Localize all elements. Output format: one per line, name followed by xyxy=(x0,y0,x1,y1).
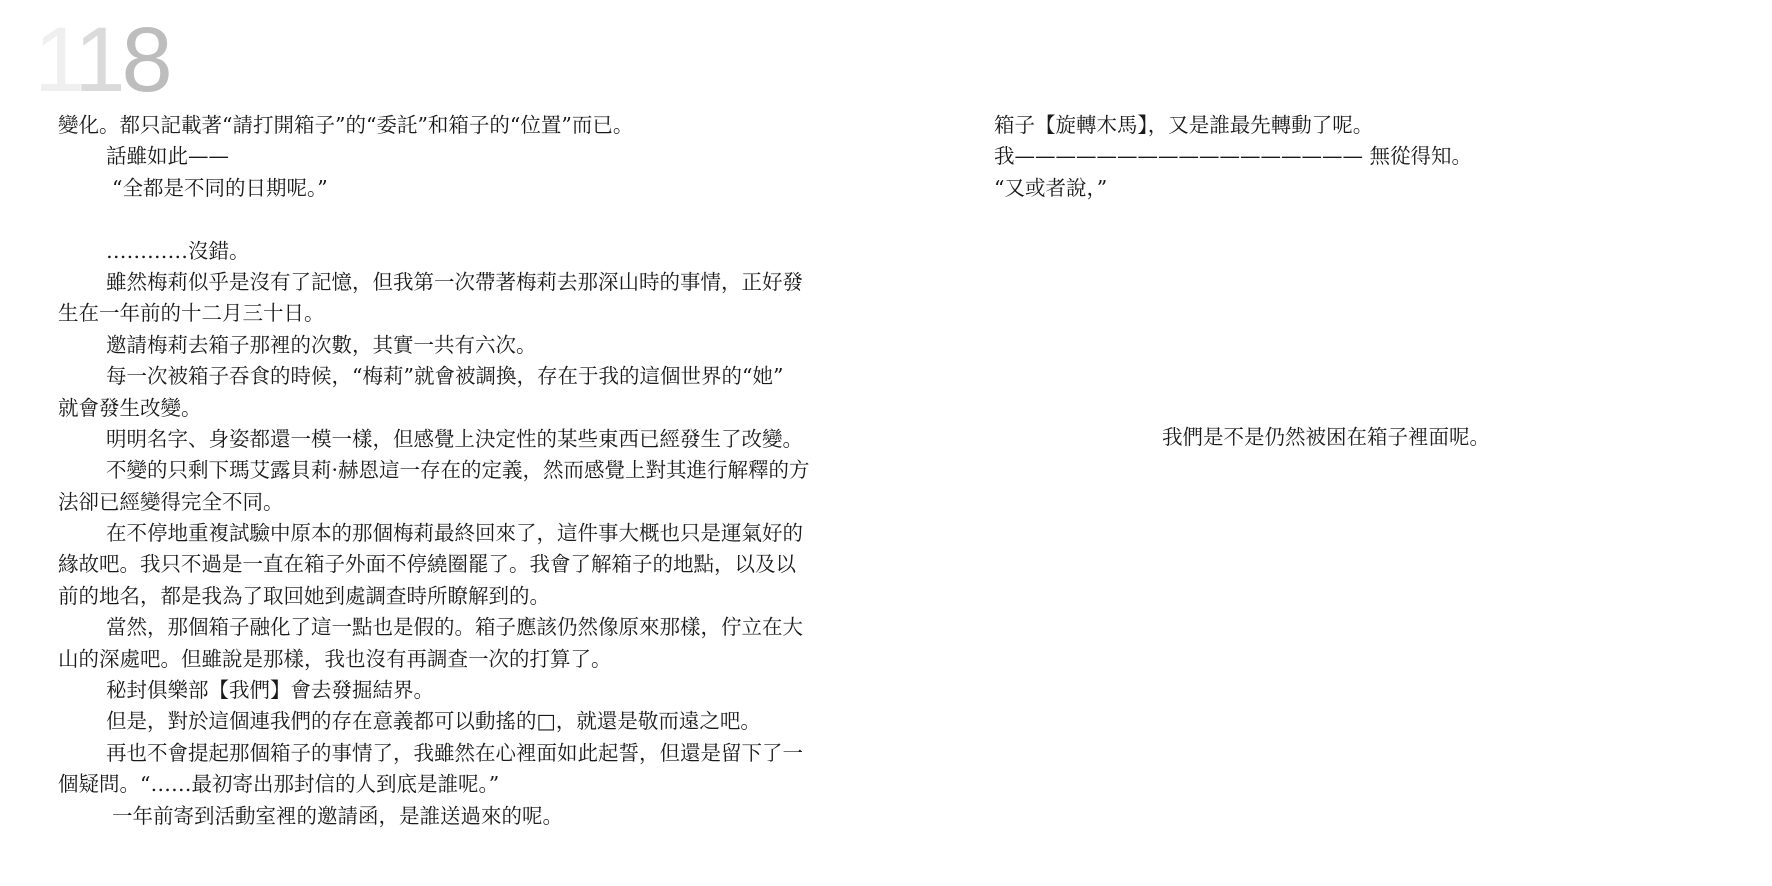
text-line: 不變的只剩下瑪艾露貝莉·赫恩這一存在的定義，然而感覺上對其進行解釋的方 xyxy=(58,455,838,486)
text-line: 再也不會提起那個箱子的事情了，我雖然在心裡面如此起誓，但還是留下了一 xyxy=(58,738,838,769)
text-line: 在不停地重複試驗中原本的那個梅莉最終回來了，這件事大概也只是運氣好的 xyxy=(58,518,838,549)
text-line: 邀請梅莉去箱子那裡的次數，其實一共有六次。 xyxy=(58,330,838,361)
page-number-digit: 1 xyxy=(34,9,74,111)
text-line: 就會發生改變。 xyxy=(58,393,838,424)
page-number-digit: 8 xyxy=(122,9,169,111)
text-line: 當然，那個箱子融化了這一點也是假的。箱子應該仍然像原來那樣，佇立在大 xyxy=(58,612,838,643)
text-line: 雖然梅莉似乎是沒有了記憶，但我第一次帶著梅莉去那深山時的事情，正好發 xyxy=(58,267,838,298)
text-line: 前的地名，都是我為了取回她到處調查時所瞭解到的。 xyxy=(58,581,838,612)
text-line: “又或者說，” xyxy=(994,173,1694,204)
text-line: 箱子【旋轉木馬】，又是誰最先轉動了呢。 xyxy=(994,110,1694,141)
page-number-digit: 1 xyxy=(74,9,121,111)
page-number: 118 xyxy=(34,14,169,106)
text-line: 法卻已經變得完全不同。 xyxy=(58,487,838,518)
text-line: 明明名字、身姿都還一模一樣，但感覺上決定性的某些東西已經發生了改變。 xyxy=(58,424,838,455)
text-line: 秘封俱樂部【我們】會去發掘結界。 xyxy=(58,675,838,706)
text-line: 山的深處吧。但雖說是那樣，我也沒有再調查一次的打算了。 xyxy=(58,644,838,675)
blank-line xyxy=(58,204,838,235)
text-line: 話雖如此—— xyxy=(58,141,838,172)
left-text-column: 變化。都只記載著“請打開箱子”的“委託”和箱子的“位置”而已。 話雖如此—— “… xyxy=(58,110,838,832)
text-line: 但是，對於這個連我們的存在意義都可以動搖的□，就還是敬而遠之吧。 xyxy=(58,706,838,737)
text-line: “全都是不同的日期呢。” xyxy=(58,173,838,204)
text-line: 緣故吧。我只不過是一直在箱子外面不停繞圈罷了。我會了解箱子的地點，以及以 xyxy=(58,549,838,580)
text-line: 每一次被箱子吞食的時候，“梅莉”就會被調換，存在于我的這個世界的“她” xyxy=(58,361,838,392)
text-line: …………沒錯。 xyxy=(58,236,838,267)
centered-text-line: 我們是不是仍然被困在箱子裡面呢。 xyxy=(1162,422,1490,453)
right-text-column: 箱子【旋轉木馬】，又是誰最先轉動了呢。 我————————————————— 無… xyxy=(994,110,1694,204)
text-line: 我————————————————— 無從得知。 xyxy=(994,141,1694,172)
text-line: 生在一年前的十二月三十日。 xyxy=(58,298,838,329)
text-line: 一年前寄到活動室裡的邀請函，是誰送過來的呢。 xyxy=(58,801,838,832)
text-line: 變化。都只記載著“請打開箱子”的“委託”和箱子的“位置”而已。 xyxy=(58,110,838,141)
text-line: 個疑問。“……最初寄出那封信的人到底是誰呢。” xyxy=(58,769,838,800)
